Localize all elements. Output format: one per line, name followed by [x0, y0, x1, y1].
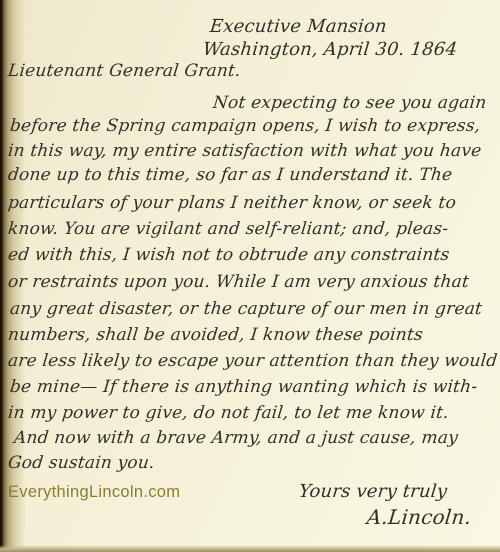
letter-page: Executive Mansion Washington, April 30. … [0, 0, 500, 552]
letter-line: in my power to give, do not fail, to let… [7, 403, 450, 423]
letter-line: any great disaster, or the capture of ou… [9, 299, 483, 319]
letter-line: done up to this time, so far as I unders… [7, 165, 453, 185]
letter-salutation: Lieutenant General Grant. [7, 61, 242, 81]
letter-line: or restraints upon you. While I am very … [7, 272, 470, 292]
letter-line: be mine— If there is anything wanting wh… [9, 377, 478, 397]
letter-heading-place: Executive Mansion [209, 16, 388, 37]
letter-line: Not expecting to see you again [212, 93, 488, 113]
letter-signature: A.Lincoln. [366, 505, 473, 529]
letter-line: are less likely to escape your attention… [7, 351, 498, 371]
letter-heading-date: Washington, April 30. 1864 [202, 39, 458, 60]
letter-line: know. You are vigilant and self-reliant;… [7, 219, 449, 239]
letter-line: numbers, shall be avoided, I know these … [7, 325, 424, 345]
letter-line: God sustain you. [7, 453, 156, 473]
letter-line: ed with this, I wish not to obtrude any … [7, 245, 451, 265]
letter-line: in this way, my entire satisfaction with… [7, 141, 483, 161]
page-bottom-edge [0, 545, 500, 552]
letter-closing: Yours very truly [298, 481, 448, 502]
letter-line: before the Spring campaign opens, I wish… [9, 116, 481, 136]
letter-line: particulars of your plans I neither know… [7, 193, 457, 213]
watermark: EverythingLincoln.com [8, 483, 180, 502]
letter-line: And now with a brave Army, and a just ca… [13, 428, 459, 448]
